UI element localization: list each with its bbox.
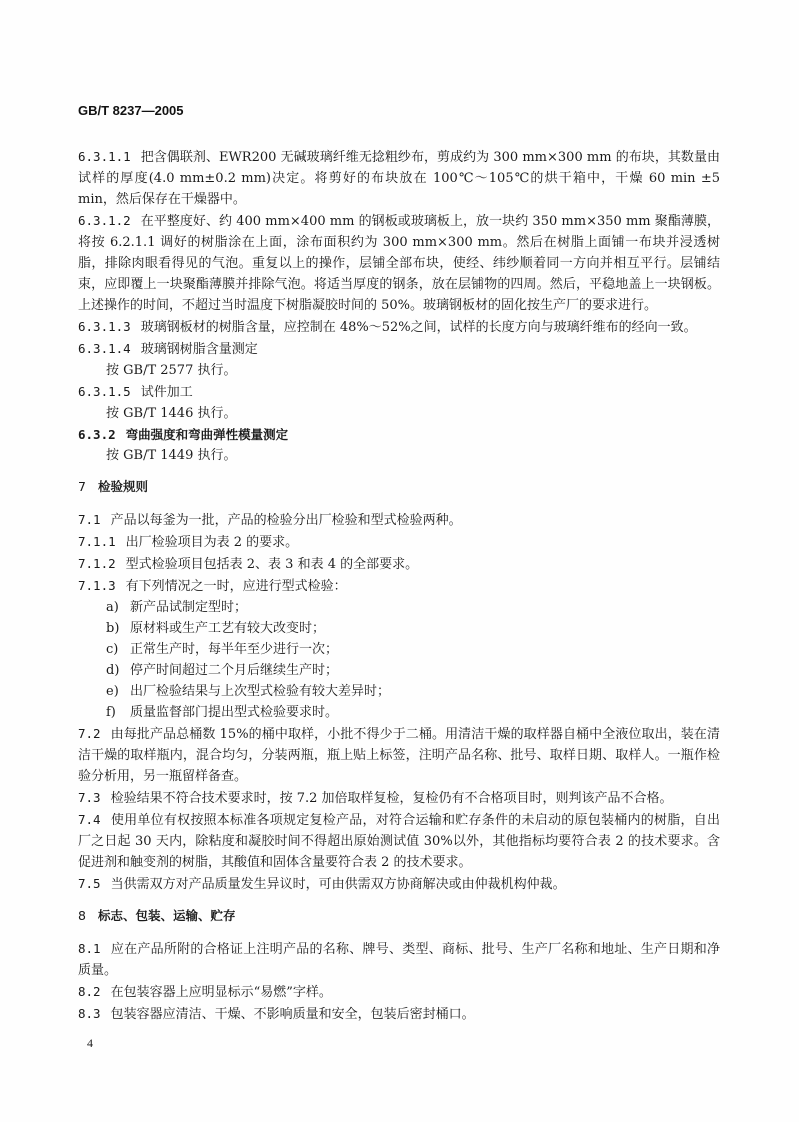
list-item: f)质量监督部门提出型式检验要求时。 <box>78 702 720 723</box>
clause-title: 试件加工 <box>141 385 193 400</box>
chapter-7-heading: 7检验规则 <box>78 476 720 497</box>
clause-number: 7.5 <box>78 876 101 891</box>
clause-6-3-1-3: 6.3.1.3玻璃钢板材的树脂含量，应控制在 48%～52%之间，试样的长度方向… <box>78 316 720 338</box>
clause-text: 包装容器应清洁、干燥、不影响质量和安全，包装后密封桶口。 <box>111 1007 475 1022</box>
list-label: a) <box>106 597 130 618</box>
clause-number: 8.2 <box>78 984 101 999</box>
clause-text: 把含偶联剂、EWR200 无碱玻璃纤维无捻粗纱布，剪成约为 300 mm×300… <box>78 150 720 207</box>
clause-7-2: 7.2由每批产品总桶数 15%的桶中取样，小批不得少于二桶。用清洁干燥的取样器自… <box>78 723 720 787</box>
document-page: GB/T 8237—2005 6.3.1.1把含偶联剂、EWR200 无碱玻璃纤… <box>0 0 799 1122</box>
clause-title: 玻璃钢树脂含量测定 <box>141 342 258 357</box>
clause-number: 6.3.1.1 <box>78 149 131 164</box>
clause-number: 7.1 <box>78 512 101 527</box>
list-label: f) <box>106 702 130 723</box>
list-text: 出厂检验结果与上次型式检验有较大差异时； <box>130 684 390 699</box>
chapter-number: 8 <box>78 908 86 923</box>
clause-title: 弯曲强度和弯曲弹性模量测定 <box>126 427 289 442</box>
clause-7-5: 7.5当供需双方对产品质量发生异议时，可由供需双方协商解决或由仲裁机构仲裁。 <box>78 873 720 895</box>
clause-number: 7.1.2 <box>78 556 116 571</box>
clause-6-3-1-2: 6.3.1.2在平整度好、约 400 mm×400 mm 的钢板或玻璃板上，放一… <box>78 210 720 316</box>
clause-text: 应在产品所附的合格证上注明产品的名称、牌号、类型、商标、批号、生产厂名称和地址、… <box>78 942 720 978</box>
list-text: 正常生产时，每半年至少进行一次； <box>130 642 338 657</box>
clause-6-3-1-1: 6.3.1.1把含偶联剂、EWR200 无碱玻璃纤维无捻粗纱布，剪成约为 300… <box>78 146 720 210</box>
clause-number: 8.3 <box>78 1006 101 1021</box>
clause-8-3: 8.3包装容器应清洁、干燥、不影响质量和安全，包装后密封桶口。 <box>78 1003 720 1025</box>
clause-number: 7.2 <box>78 726 101 741</box>
list-text: 质量监督部门提出型式检验要求时。 <box>130 705 338 720</box>
clause-6-3-2-body: 按 GB/T 1449 执行。 <box>78 445 720 466</box>
list-label: d) <box>106 660 130 681</box>
clause-8-2: 8.2在包装容器上应明显标示“易燃”字样。 <box>78 981 720 1003</box>
clause-number: 7.1.3 <box>78 578 116 593</box>
list-label: b) <box>106 618 130 639</box>
clause-number: 6.3.1.3 <box>78 319 131 334</box>
clause-text: 出厂检验项目为表 2 的要求。 <box>126 535 299 550</box>
clause-text: 由每批产品总桶数 15%的桶中取样，小批不得少于二桶。用清洁干燥的取样器自桶中全… <box>78 727 720 784</box>
page-number: 4 <box>87 1036 93 1051</box>
clause-text: 型式检验项目包括表 2、表 3 和表 4 的全部要求。 <box>126 557 418 572</box>
list-item: c)正常生产时，每半年至少进行一次； <box>78 639 720 660</box>
list-text: 原材料或生产工艺有较大改变时； <box>130 621 325 636</box>
clause-7-4: 7.4使用单位有权按照本标准各项规定复检产品，对符合运输和贮存条件的未启动的原包… <box>78 809 720 873</box>
clause-7-1-1: 7.1.1出厂检验项目为表 2 的要求。 <box>78 531 720 553</box>
list-label: e) <box>106 681 130 702</box>
list-item: d)停产时间超过二个月后继续生产时； <box>78 660 720 681</box>
clause-text: 有下列情况之一时，应进行型式检验： <box>126 579 347 594</box>
standard-code-header: GB/T 8237—2005 <box>78 103 184 118</box>
clause-6-3-1-4-body: 按 GB/T 2577 执行。 <box>78 360 720 381</box>
list-item: a)新产品试制定型时； <box>78 597 720 618</box>
chapter-title: 检验规则 <box>98 479 148 494</box>
chapter-number: 7 <box>78 479 86 494</box>
clause-number: 6.3.2 <box>78 427 116 442</box>
list-text: 停产时间超过二个月后继续生产时； <box>130 663 338 678</box>
clause-7-1: 7.1产品以每釜为一批，产品的检验分出厂检验和型式检验两种。 <box>78 509 720 531</box>
clause-7-3: 7.3检验结果不符合技术要求时，按 7.2 加倍取样复检，复检仍有不合格项目时，… <box>78 787 720 809</box>
condition-list: a)新产品试制定型时； b)原材料或生产工艺有较大改变时； c)正常生产时，每半… <box>78 597 720 723</box>
clause-number: 6.3.1.2 <box>78 213 131 228</box>
clause-text: 检验结果不符合技术要求时，按 7.2 加倍取样复检，复检仍有不合格项目时，则判该… <box>111 791 673 806</box>
clause-text: 产品以每釜为一批，产品的检验分出厂检验和型式检验两种。 <box>111 513 462 528</box>
clause-7-1-3: 7.1.3有下列情况之一时，应进行型式检验： <box>78 575 720 597</box>
clause-number: 8.1 <box>78 941 101 956</box>
clause-6-3-1-4-heading: 6.3.1.4玻璃钢树脂含量测定 <box>78 338 720 360</box>
list-label: c) <box>106 639 130 660</box>
clause-text: 玻璃钢板材的树脂含量，应控制在 48%～52%之间，试样的长度方向与玻璃纤维布的… <box>141 320 697 335</box>
clause-text: 当供需双方对产品质量发生异议时，可由供需双方协商解决或由仲裁机构仲裁。 <box>111 877 566 892</box>
list-item: e)出厂检验结果与上次型式检验有较大差异时； <box>78 681 720 702</box>
clause-number: 7.4 <box>78 812 101 827</box>
clause-8-1: 8.1应在产品所附的合格证上注明产品的名称、牌号、类型、商标、批号、生产厂名称和… <box>78 938 720 981</box>
clause-number: 7.1.1 <box>78 534 116 549</box>
chapter-title: 标志、包装、运输、贮存 <box>98 908 236 923</box>
clause-6-3-2-heading: 6.3.2弯曲强度和弯曲弹性模量测定 <box>78 424 720 445</box>
clause-text: 使用单位有权按照本标准各项规定复检产品，对符合运输和贮存条件的未启动的原包装桶内… <box>78 813 720 870</box>
clause-6-3-1-5-heading: 6.3.1.5试件加工 <box>78 381 720 403</box>
clause-number: 7.3 <box>78 790 101 805</box>
page-content: 6.3.1.1把含偶联剂、EWR200 无碱玻璃纤维无捻粗纱布，剪成约为 300… <box>78 146 720 1025</box>
clause-number: 6.3.1.4 <box>78 341 131 356</box>
clause-text: 在包装容器上应明显标示“易燃”字样。 <box>111 985 332 1000</box>
clause-7-1-2: 7.1.2型式检验项目包括表 2、表 3 和表 4 的全部要求。 <box>78 553 720 575</box>
clause-number: 6.3.1.5 <box>78 384 131 399</box>
list-item: b)原材料或生产工艺有较大改变时； <box>78 618 720 639</box>
clause-6-3-1-5-body: 按 GB/T 1446 执行。 <box>78 403 720 424</box>
list-text: 新产品试制定型时； <box>130 600 247 615</box>
clause-text: 在平整度好、约 400 mm×400 mm 的钢板或玻璃板上，放一块约 350 … <box>78 214 720 313</box>
chapter-8-heading: 8标志、包装、运输、贮存 <box>78 905 720 926</box>
